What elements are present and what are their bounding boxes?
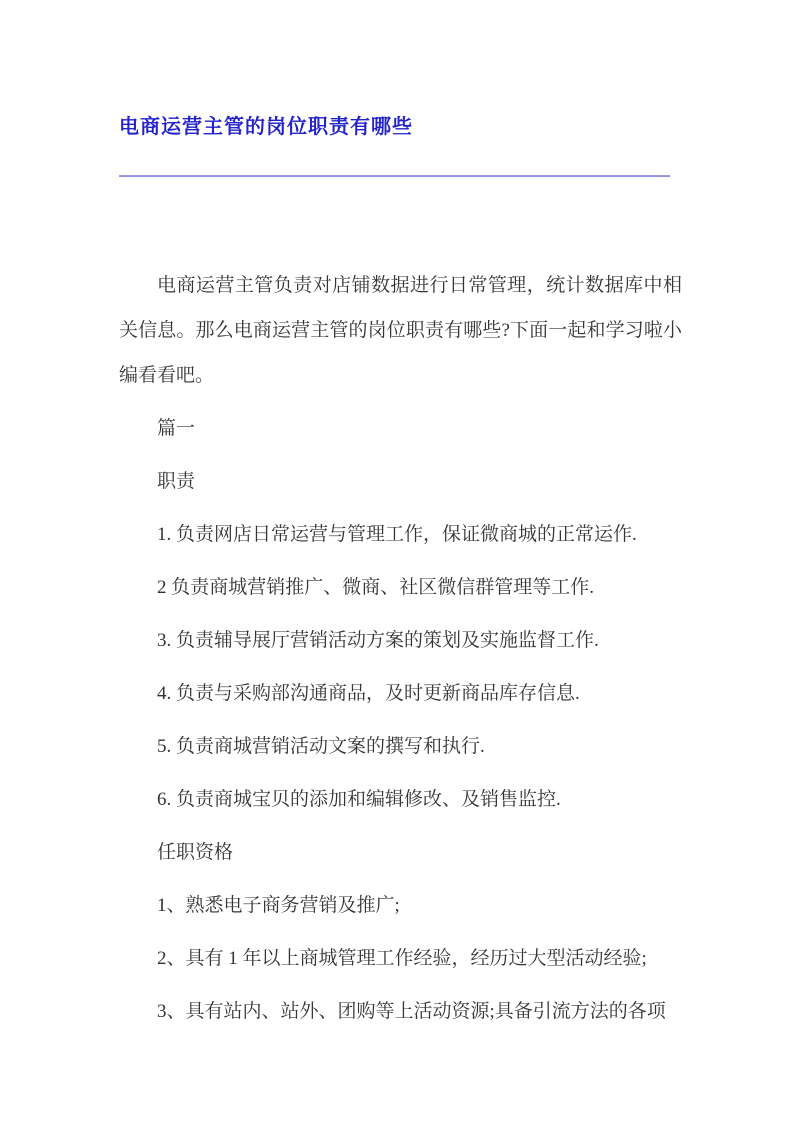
duty-item-2: 2 负责商城营销推广、微商、社区微信群管理等工作.: [119, 565, 682, 610]
document-title: 电商运营主管的岗位职责有哪些: [119, 113, 682, 141]
duty-item-4: 4. 负责与采购部沟通商品，及时更新商品库存信息.: [119, 671, 682, 716]
paragraph-intro: 电商运营主管负责对店铺数据进行日常管理，统计数据库中相关信息。那么电商运营主管的…: [119, 263, 682, 398]
qualification-item-3: 3、具有站内、站外、团购等上活动资源;具备引流方法的各项: [119, 989, 682, 1034]
heading-duties: 职责: [119, 459, 682, 504]
duty-item-3: 3. 负责辅导展厅营销活动方案的策划及实施监督工作.: [119, 618, 682, 663]
document-page: 电商运营主管的岗位职责有哪些 _________________________…: [0, 0, 800, 1132]
duty-item-1: 1. 负责网店日常运营与管理工作，保证微商城的正常运作.: [119, 512, 682, 557]
heading-qualifications: 任职资格: [119, 830, 682, 875]
document-body: 电商运营主管负责对店铺数据进行日常管理，统计数据库中相关信息。那么电商运营主管的…: [119, 263, 682, 1034]
duty-item-5: 5. 负责商城营销活动文案的撰写和执行.: [119, 724, 682, 769]
separator-line: ________________________________________…: [119, 159, 682, 179]
duty-item-6: 6. 负责商城宝贝的添加和编辑修改、及销售监控.: [119, 777, 682, 822]
qualification-item-2: 2、具有 1 年以上商城管理工作经验，经历过大型活动经验;: [119, 936, 682, 981]
qualification-item-1: 1、熟悉电子商务营销及推广;: [119, 883, 682, 928]
heading-part-one: 篇一: [119, 406, 682, 451]
